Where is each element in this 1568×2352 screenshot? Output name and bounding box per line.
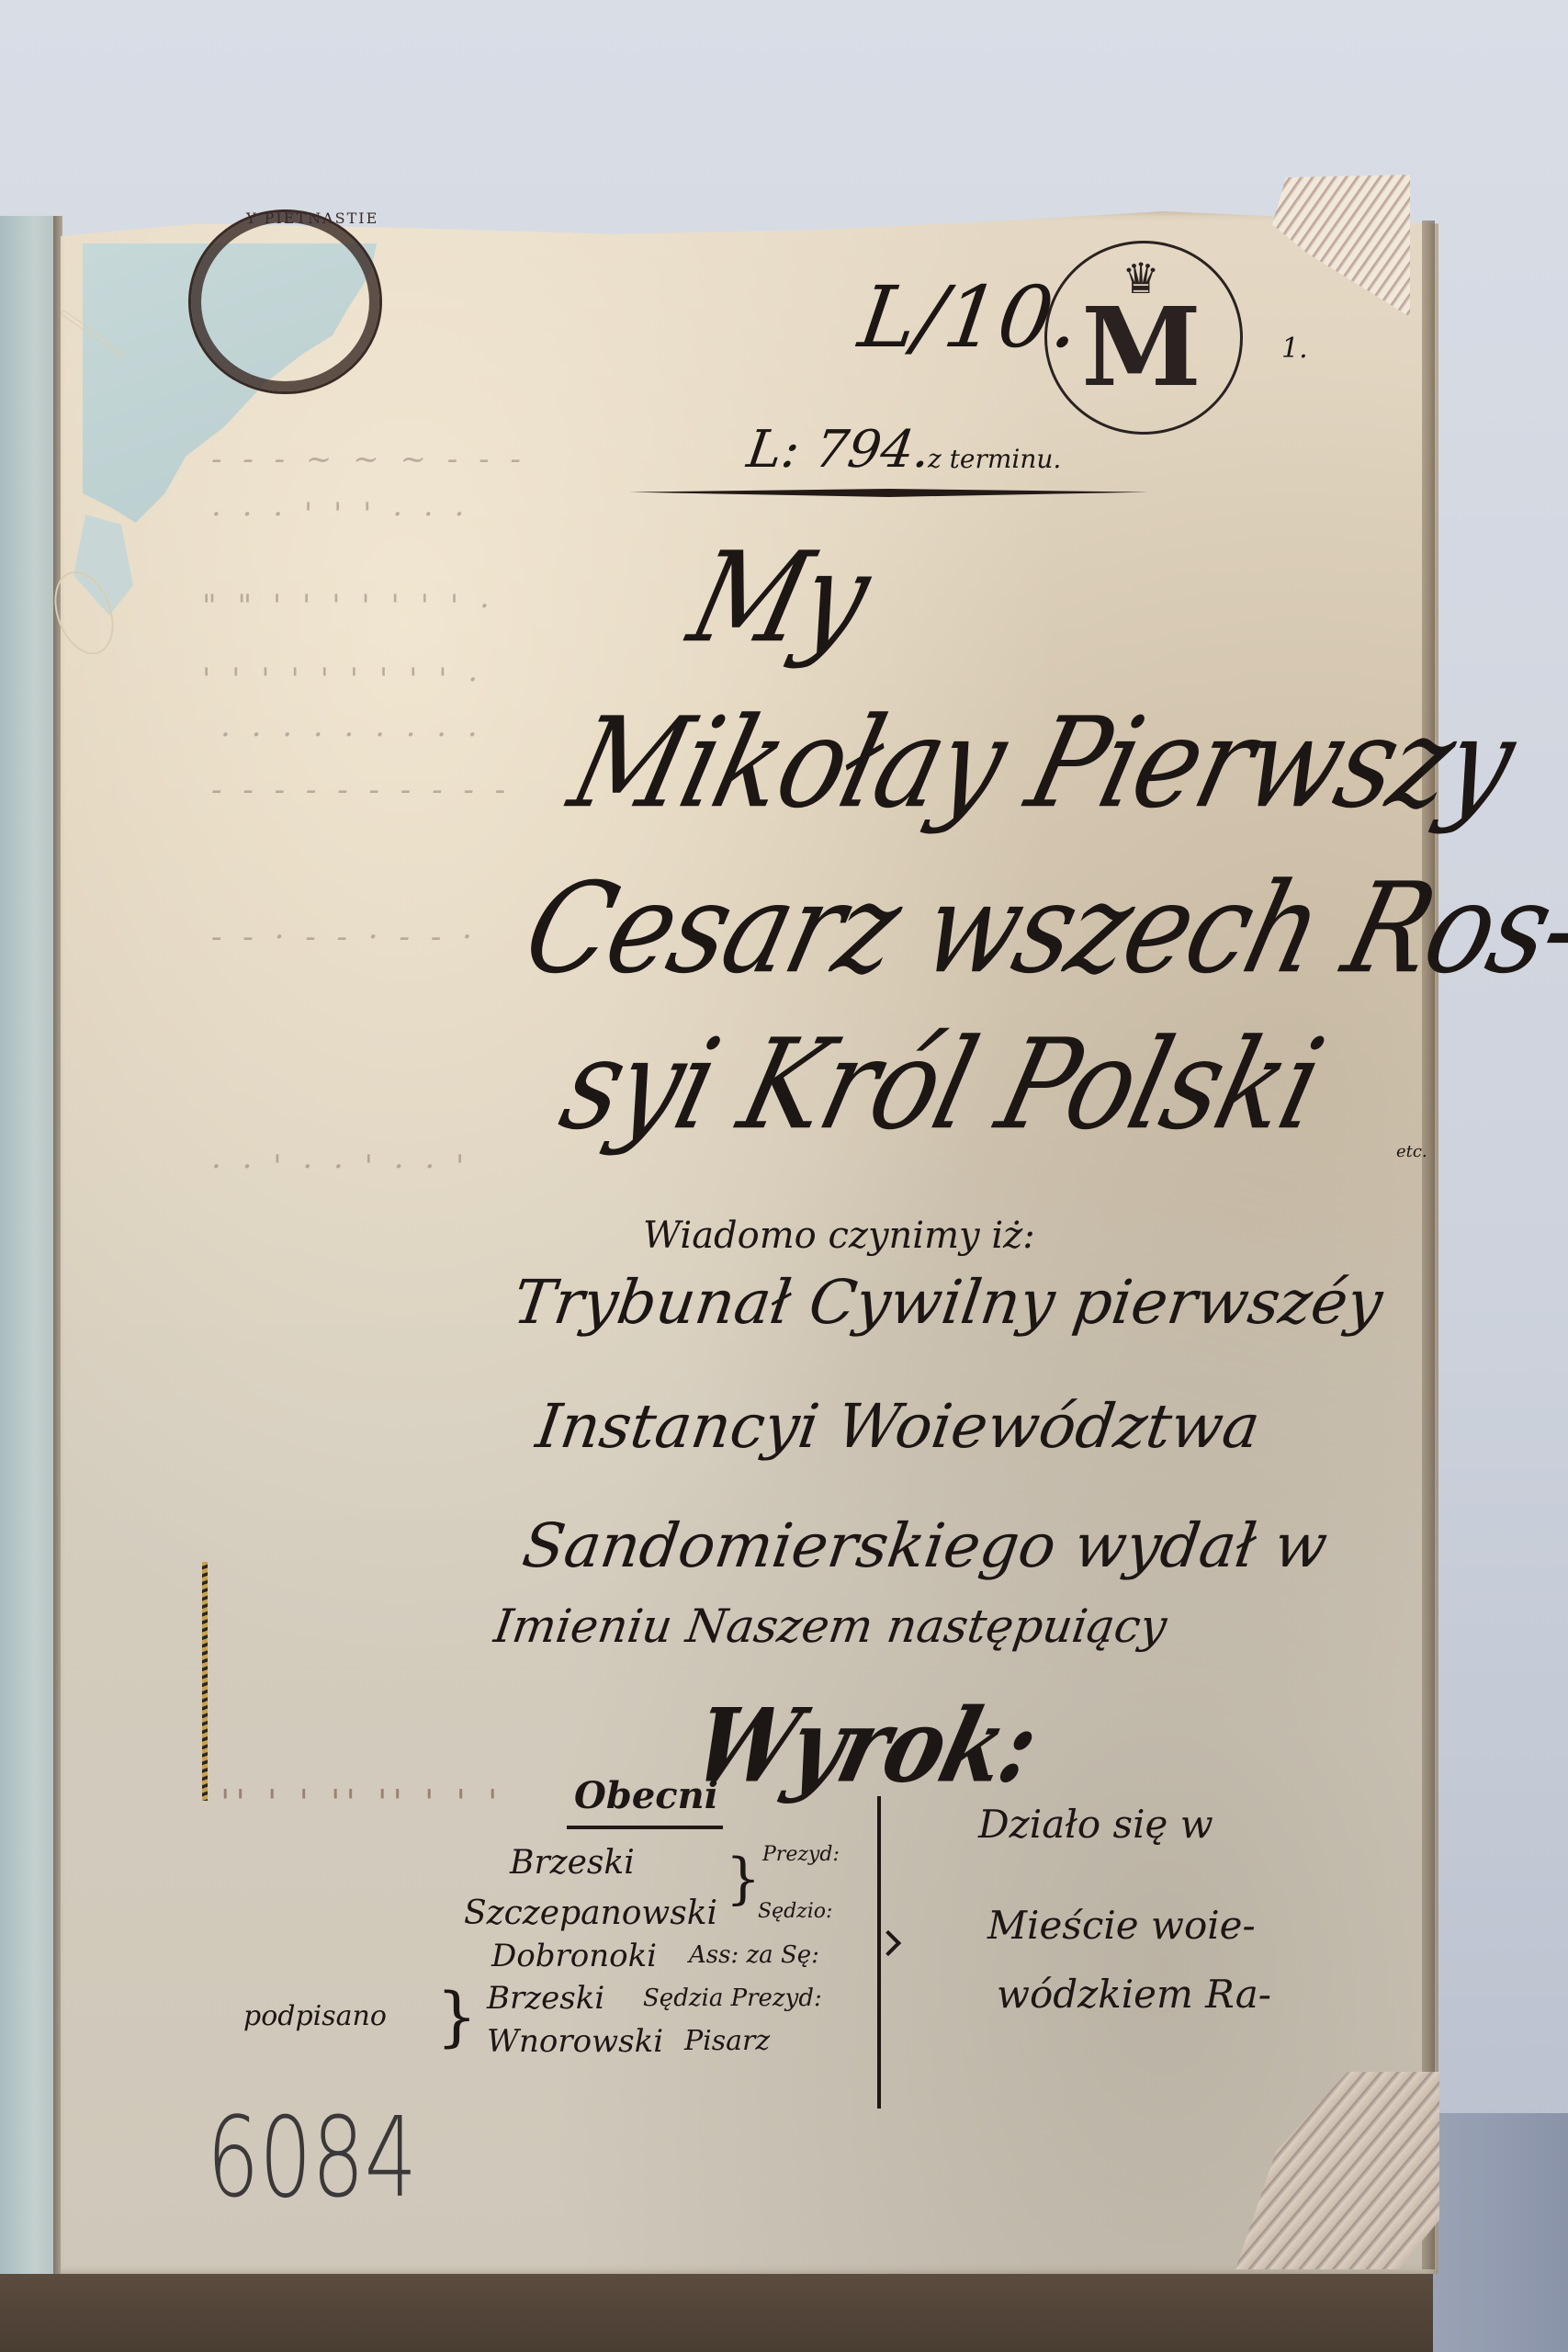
background-shadow — [1433, 2113, 1568, 2352]
body-line-2: Instancyi Woiewództwa — [533, 1396, 1263, 1457]
case-number: L: 794. — [744, 424, 933, 476]
member-name: Wnorowski — [487, 2026, 663, 2057]
verdict-heading: Wyrok: — [684, 1696, 1046, 1797]
bleed-through-text: · · · ' ' ' · · · — [211, 496, 469, 533]
title-my: My — [680, 535, 879, 660]
title-monarch-name: Mikołay Pierwszy — [560, 700, 1524, 825]
title-king: syi Król Polski — [551, 1022, 1332, 1147]
archive-number: 6084 — [207, 2095, 417, 2222]
bleed-through-text: · · ' · · ' · · ' — [211, 1148, 469, 1185]
page-tick: 1. — [1281, 335, 1308, 363]
place-line-3: wódzkiem Ra- — [997, 1975, 1271, 2014]
signed-label: podpisano — [243, 2003, 387, 2030]
member-role: Sędzia Prezyd: — [643, 1986, 822, 2010]
member-role: Prezyd: — [762, 1845, 840, 1865]
present-heading-underline — [567, 1826, 723, 1829]
member-role: Ass: za Sę: — [689, 1943, 819, 1967]
member-name: Szczepanowski — [464, 1897, 717, 1930]
table-surface — [0, 2269, 1568, 2352]
member-brace: } — [726, 1851, 761, 1906]
bleed-through-text: - - - - - - - - - - — [211, 772, 511, 808]
page-edge — [1422, 220, 1435, 2269]
place-line-2: Mieście woie- — [987, 1906, 1256, 1945]
member-name: Brzeski — [510, 1847, 635, 1880]
present-heading: Obecni — [574, 1778, 718, 1815]
body-line-1: Trybunał Cywilny pierwszéy — [510, 1272, 1386, 1333]
member-name: Dobronoki — [491, 1940, 657, 1972]
intro-line: Wiadomo czynimy iż: — [643, 1217, 1035, 1254]
case-number-suffix: z terminu. — [928, 447, 1061, 472]
tax-stamp-text: Y PIETNASTIE — [246, 209, 378, 227]
member-name: Brzeski — [487, 1983, 604, 2014]
place-line-1: Działo się w — [978, 1805, 1213, 1844]
bleed-through-text: · · · · · · · · · — [220, 717, 483, 753]
member-role: Pisarz — [684, 2028, 770, 2055]
body-line-3: Sandomierskiego wydał w — [519, 1516, 1331, 1577]
title-etc: etc. — [1396, 1144, 1427, 1160]
folio-mark: L/10. — [854, 276, 1085, 360]
body-line-4: Imieniu Naszem następuiący — [491, 1603, 1169, 1649]
tax-stamp — [188, 209, 382, 394]
facing-page — [0, 216, 59, 2274]
title-emperor: Cesarz wszech Ros- — [514, 865, 1568, 990]
binding-cord — [202, 1562, 208, 1801]
bleed-through-text: " " ' ' ' ' ' ' ' · — [202, 588, 495, 625]
bleed-through-text: '' ' ' '' '' ' ' ' — [220, 1782, 502, 1823]
member-role: Sędzio: — [758, 1902, 832, 1922]
signed-brace: } — [436, 1984, 478, 2049]
members-brace — [877, 1796, 903, 2109]
bleed-through-text: - - - ~ ~ ~ - - - — [211, 441, 526, 478]
seal-monogram: M — [1070, 292, 1213, 402]
bleed-through-text: ' ' ' ' ' ' ' ' ' · — [202, 661, 483, 698]
bleed-through-text: - - · - - · - - · — [211, 919, 478, 955]
